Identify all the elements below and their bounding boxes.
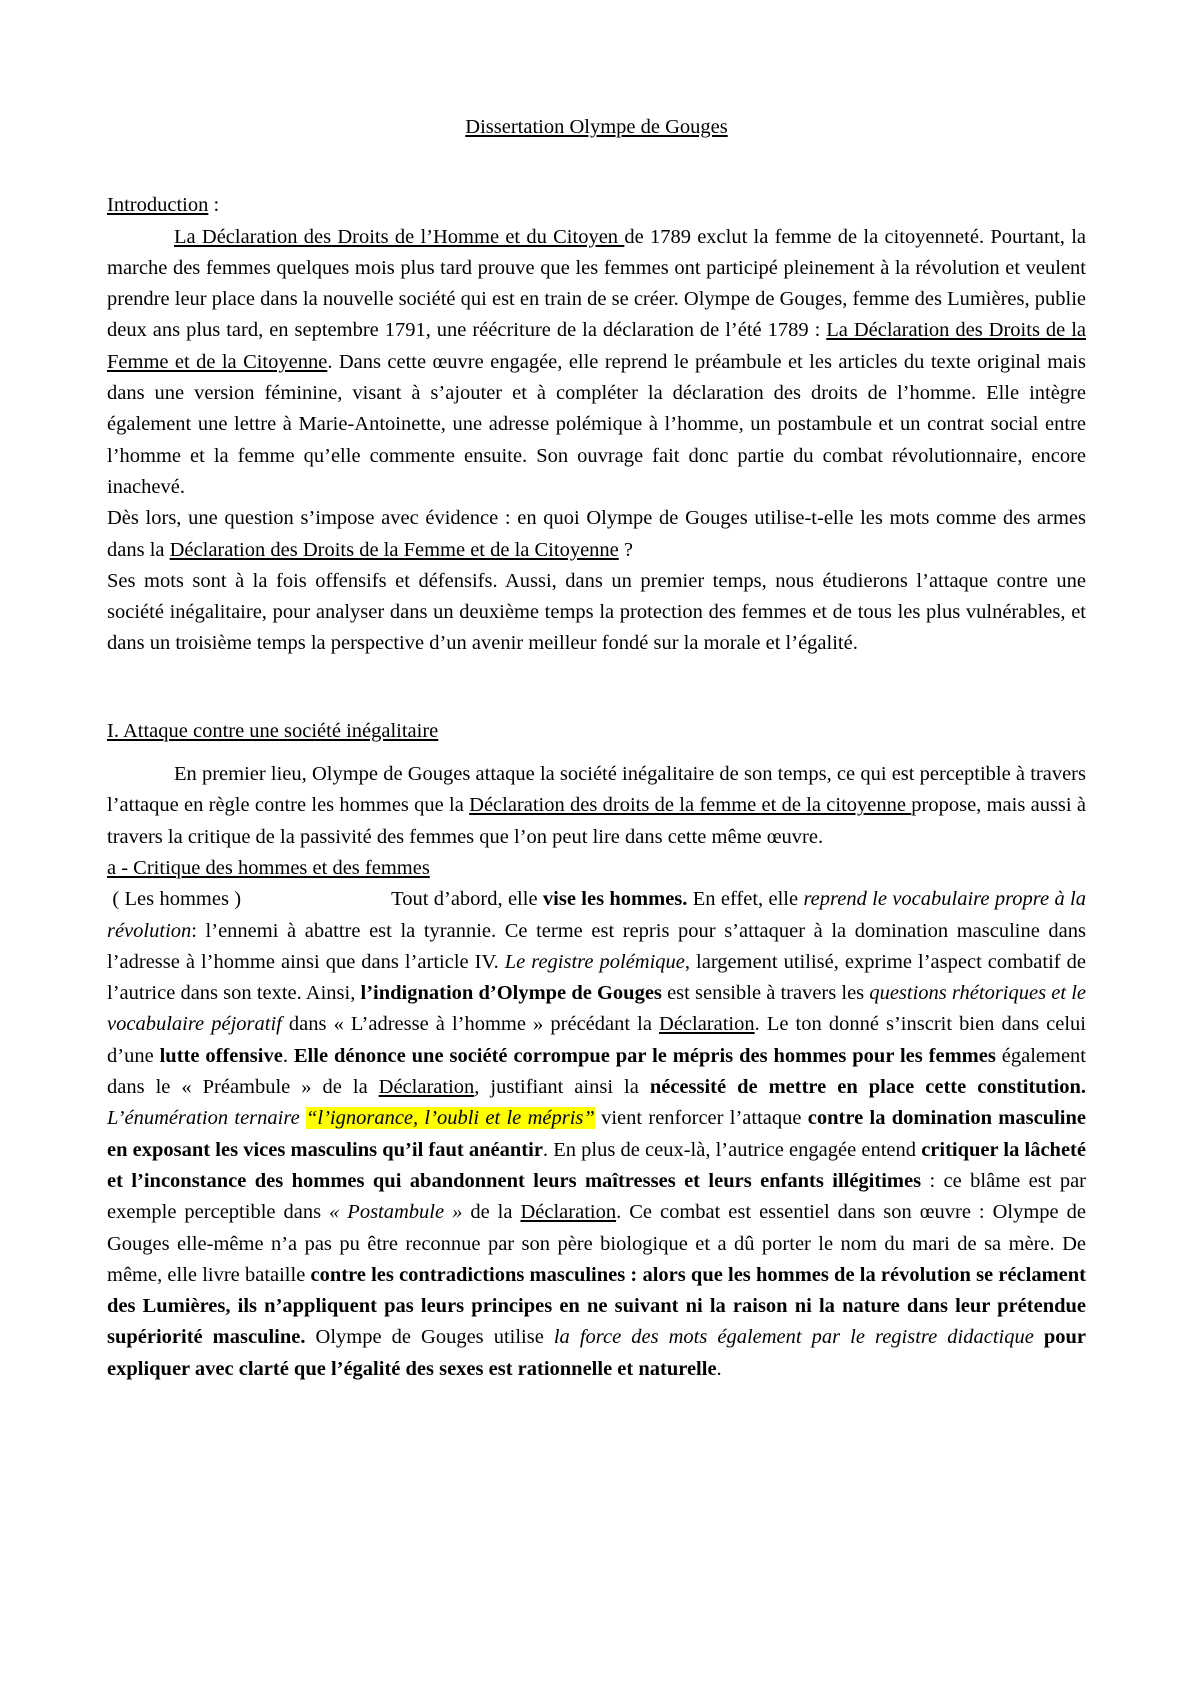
intro-heading: Introduction : [107, 190, 1086, 221]
document-page: Dissertation Olympe de Gouges Introducti… [0, 0, 1200, 1696]
subsection-a-heading: a - Critique des hommes et des femmes [107, 853, 1086, 884]
section-1-paragraph: En premier lieu, Olympe de Gouges attaqu… [107, 759, 1086, 853]
outline-paragraph: Ses mots sont à la fois offensifs et déf… [107, 566, 1086, 660]
intro-paragraph: La Déclaration des Droits de l’Homme et … [107, 222, 1086, 504]
document-title: Dissertation Olympe de Gouges [107, 112, 1086, 143]
problem-question-paragraph: Dès lors, une question s’impose avec évi… [107, 503, 1086, 566]
section-1-heading: I. Attaque contre une société inégalitai… [107, 716, 1086, 747]
document-body: Dissertation Olympe de Gouges Introducti… [107, 112, 1086, 1385]
subsection-a-paragraph: ( Les hommes )Tout d’abord, elle vise le… [107, 884, 1086, 1385]
